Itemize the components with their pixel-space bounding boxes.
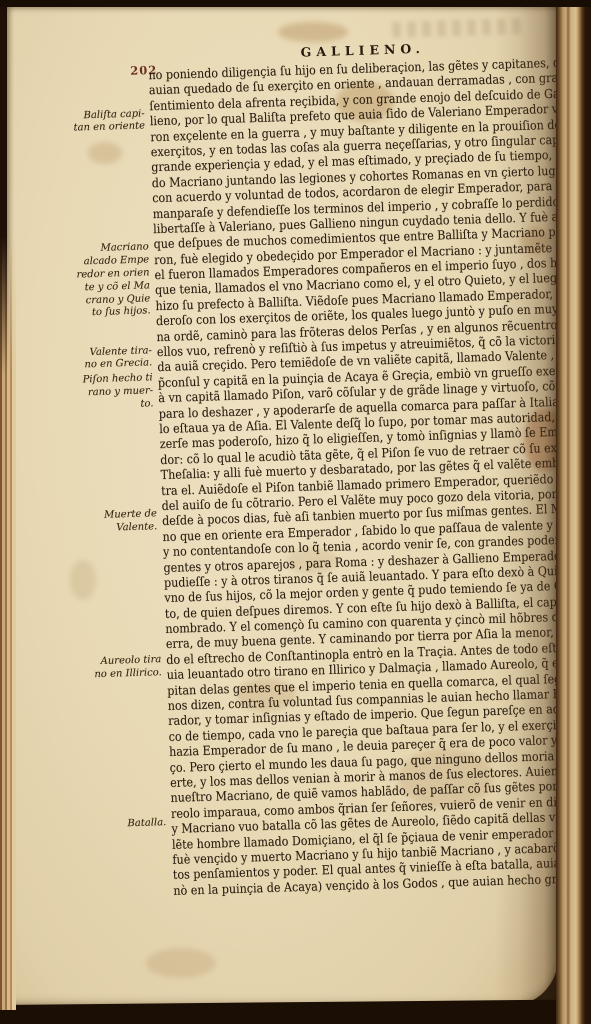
gutter-shadow bbox=[495, 6, 558, 1006]
margin-note-line: to ſus hijos. bbox=[66, 306, 151, 321]
right-page-edges bbox=[556, 0, 591, 1024]
margin-note-line: to. bbox=[68, 398, 153, 413]
margin-note: Piſon hecho tirano y muer-to. bbox=[68, 373, 154, 414]
margin-note: Baliſta capi-tan en oriente bbox=[59, 108, 145, 136]
margin-note-line: Batalla. bbox=[81, 817, 166, 832]
margin-note-line: Valente. bbox=[72, 521, 157, 536]
stain bbox=[278, 22, 348, 42]
margin-note-line: no en Grecia. bbox=[67, 358, 152, 373]
scanned-book-photo: 202 GALLIENO. Baliſta capi-tan en orient… bbox=[0, 0, 591, 1024]
left-page-edges bbox=[0, 235, 16, 1010]
margin-note: Muerte deValente. bbox=[72, 508, 158, 536]
margin-note: Aureolo tirano en Illirico. bbox=[76, 654, 162, 682]
margin-note: Macrianoalcado Emperedor en oriente y cõ… bbox=[64, 242, 151, 321]
top-binding-edge bbox=[0, 0, 591, 7]
margin-note-line: tan en oriente bbox=[60, 121, 145, 136]
margin-note: Batalla. bbox=[81, 817, 166, 832]
margin-note: Valente tira-no en Grecia. bbox=[67, 345, 153, 373]
margin-note-line: no en Illirico. bbox=[77, 667, 162, 682]
